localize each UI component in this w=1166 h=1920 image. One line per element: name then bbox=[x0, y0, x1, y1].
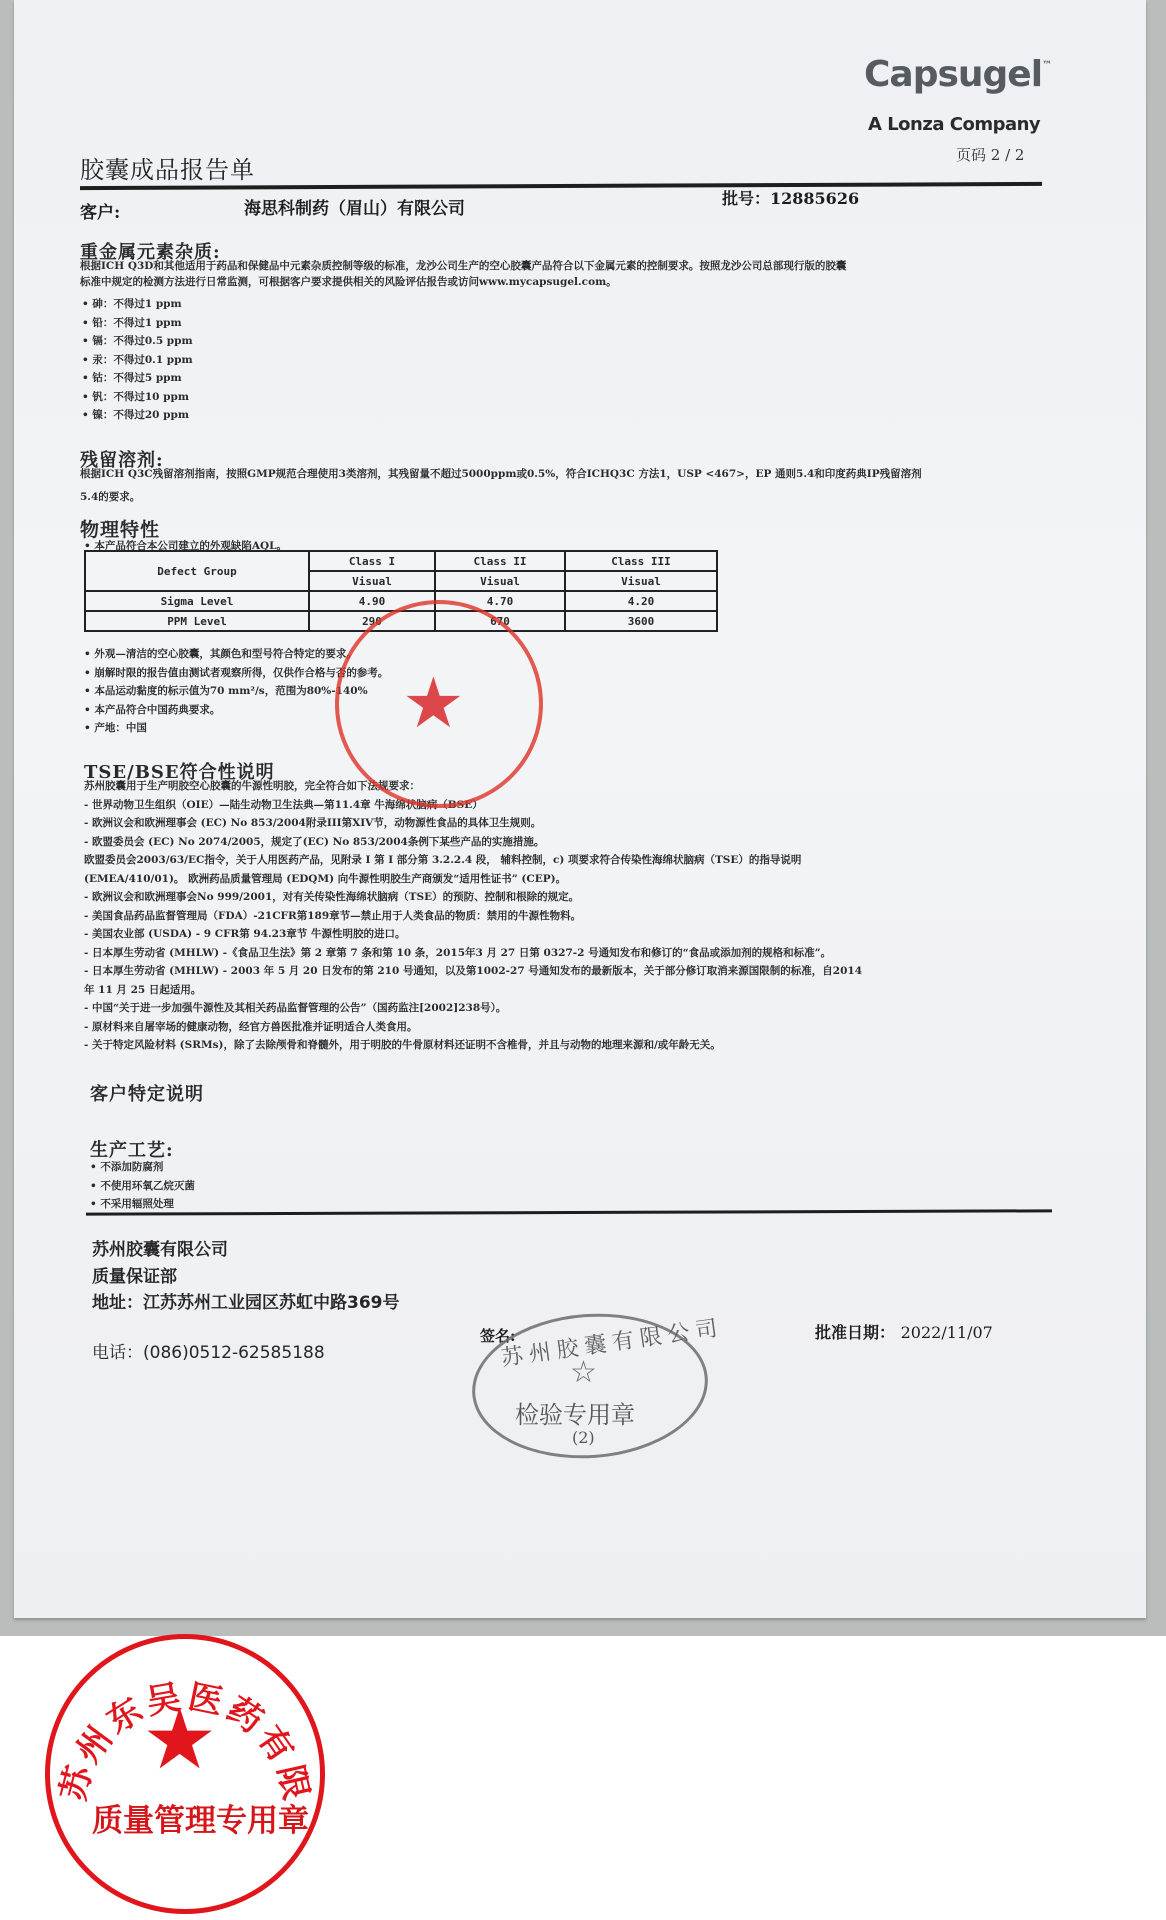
tse-line: - 欧洲议会和欧洲理事会 (EC) No 853/2004附录III第XIV节，… bbox=[84, 814, 862, 833]
class-header: Class III bbox=[565, 551, 717, 571]
tse-statements: 苏州胶囊用于生产明胶空心胶囊的牛源性明胶，完全符合如下法规要求： - 世界动物卫… bbox=[84, 777, 862, 1055]
limit-item: • 钴：不得过5 ppm bbox=[82, 369, 193, 388]
tse-line: 欧盟委员会2003/63/EC指令，关于人用医药产品，见附录 I 第 I 部分第… bbox=[84, 851, 862, 870]
row-label: PPM Level bbox=[85, 611, 309, 631]
inspection-stamp-purpose: 检验专用章 bbox=[515, 1395, 635, 1430]
inspection-stamp-number: (2) bbox=[572, 1428, 595, 1447]
footer-company: 苏州胶囊有限公司 bbox=[92, 1235, 228, 1260]
capsugel-logo: Capsugel™ bbox=[864, 54, 1051, 95]
limit-item: • 铅：不得过1 ppm bbox=[82, 314, 193, 333]
class-header: Class I bbox=[309, 551, 435, 571]
star-icon: ★ bbox=[402, 662, 465, 744]
residual-solvents-text-2: 5.4的要求。 bbox=[80, 489, 140, 506]
batch-number: 批号：12885626 bbox=[722, 186, 859, 209]
document-title: 胶囊成品报告单 bbox=[80, 150, 255, 185]
process-list: • 不添加防腐剂 • 不使用环氧乙烷灭菌 • 不采用辐照处理 bbox=[90, 1158, 195, 1214]
page-number: 页码 2 / 2 bbox=[956, 144, 1024, 165]
limit-item: • 钒：不得过10 ppm bbox=[82, 388, 193, 407]
footer-department: 质量保证部 bbox=[92, 1262, 177, 1287]
limit-item: • 砷：不得过1 ppm bbox=[82, 295, 193, 314]
limit-item: • 镉：不得过0.5 ppm bbox=[82, 332, 193, 351]
tse-line: - 原材料来自屠宰场的健康动物，经官方兽医批准并证明适合人类食用。 bbox=[84, 1018, 862, 1037]
heavy-metals-intro-2: 标准中规定的检测方法进行日常监测，可根据客户要求提供相关的风险评估报告或访问ww… bbox=[80, 274, 617, 291]
star-icon: ★ bbox=[142, 1690, 217, 1788]
table-cell: 3600 bbox=[565, 611, 717, 631]
limit-item: • 汞：不得过0.1 ppm bbox=[82, 351, 193, 370]
tse-line: - 日本厚生劳动省 (MHLW) - 2003 年 5 月 20 日发布的第 2… bbox=[84, 962, 862, 981]
process-item: • 不使用环氧乙烷灭菌 bbox=[90, 1177, 195, 1196]
lonza-tagline: A Lonza Company bbox=[868, 114, 1040, 135]
tse-line: - 关于特定风险材料 (SRMs)，除了去除颅骨和脊髓外，用于明胶的牛骨原材料还… bbox=[84, 1036, 862, 1055]
tse-line: - 欧盟委员会 (EC) No 2074/2005，规定了(EC) No 853… bbox=[84, 833, 862, 852]
class-header: Class II bbox=[435, 551, 565, 571]
heavy-metals-intro-1: 根据ICH Q3D和其他适用于药品和保健品中元素杂质控制等级的标准，龙沙公司生产… bbox=[80, 258, 846, 275]
approval-date: 批准日期： 2022/11/07 bbox=[815, 1320, 993, 1343]
customer-label: 客户: bbox=[80, 198, 120, 223]
physical-bullet: • 外观—清洁的空心胶囊，其颜色和型号符合特定的要求。 bbox=[84, 645, 388, 664]
customer-name: 海思科制药（眉山）有限公司 bbox=[244, 194, 465, 219]
tse-line: - 美国食品药品监督管理局（FDA）-21CFR第189章节—禁止用于人类食品的… bbox=[84, 907, 862, 926]
table-cell: 4.20 bbox=[565, 591, 717, 611]
defect-group-header: Defect Group bbox=[85, 551, 309, 591]
customer-notes-heading: 客户特定说明 bbox=[90, 1080, 204, 1106]
heavy-metals-list: • 砷：不得过1 ppm • 铅：不得过1 ppm • 镉：不得过0.5 ppm… bbox=[82, 295, 193, 425]
limit-item: • 镍：不得过20 ppm bbox=[82, 406, 193, 425]
residual-solvents-text-1: 根据ICH Q3C残留溶剂指南，按照GMP规范合理使用3类溶剂，其残留量不超过5… bbox=[80, 466, 922, 483]
star-icon: ☆ bbox=[570, 1355, 597, 1390]
type-cell: Visual bbox=[565, 571, 717, 591]
tse-line: 年 11 月 25 日起适用。 bbox=[84, 981, 862, 1000]
footer-phone: 电话：(086)0512-62585188 bbox=[92, 1338, 325, 1363]
tse-line: - 欧洲议会和欧洲理事会No 999/2001，对有关传染性海绵状脑病（TSE）… bbox=[84, 888, 862, 907]
row-label: Sigma Level bbox=[85, 591, 309, 611]
tse-line: - 中国“关于进一步加强牛源性及其相关药品监督管理的公告”（国药监注[2002]… bbox=[84, 999, 862, 1018]
type-cell: Visual bbox=[435, 571, 565, 591]
distributor-stamp-purpose: 质量管理专用章 bbox=[92, 1795, 309, 1840]
tse-line: - 美国农业部 (USDA) - 9 CFR第 94.23章节 牛源性明胶的进口… bbox=[84, 925, 862, 944]
tse-line: - 日本厚生劳动省 (MHLW) -《食品卫生法》第 2 章第 7 条和第 10… bbox=[84, 944, 862, 963]
footer-address: 地址：江苏苏州工业园区苏虹中路369号 bbox=[92, 1288, 400, 1313]
process-item: • 不添加防腐剂 bbox=[90, 1158, 195, 1177]
type-cell: Visual bbox=[309, 571, 435, 591]
tse-line: (EMEA/410/01)。 欧洲药品质量管理局 (EDQM) 向牛源性明胶生产… bbox=[84, 870, 862, 889]
process-item: • 不采用辐照处理 bbox=[90, 1195, 195, 1214]
